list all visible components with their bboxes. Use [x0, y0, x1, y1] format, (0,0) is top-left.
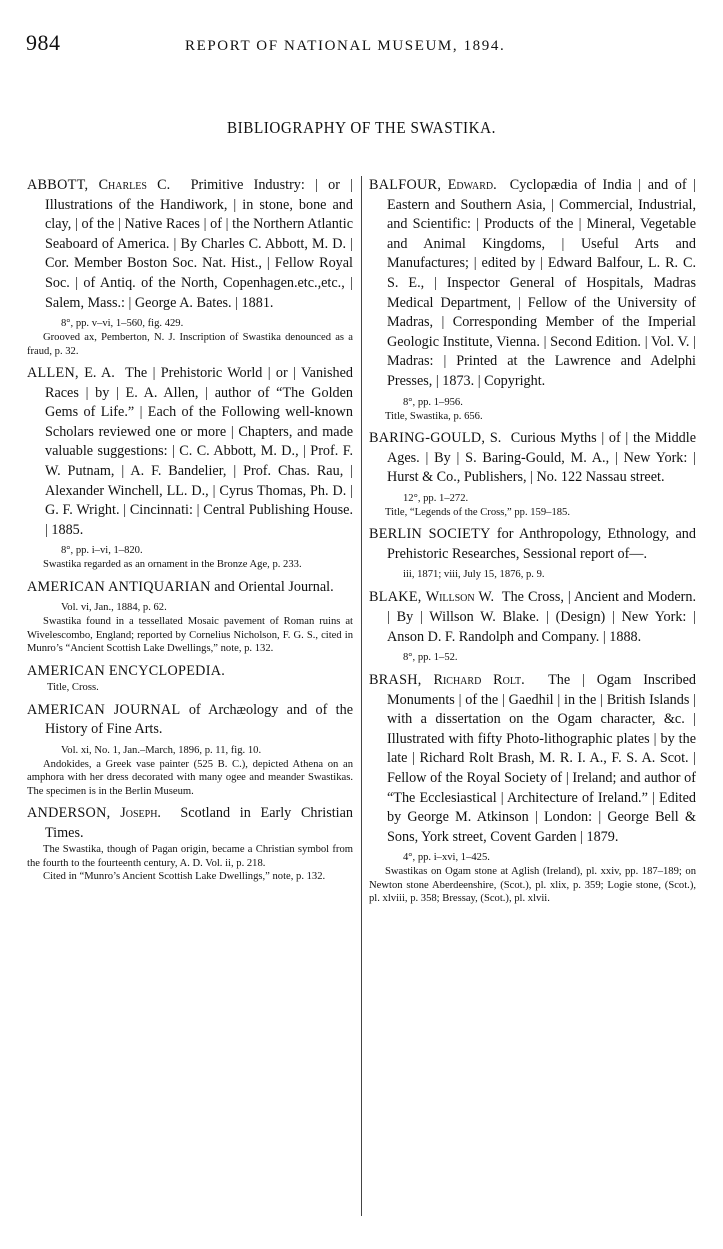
entry-heading: BERLIN SOCIETY for Anthropology, Ethnolo… — [369, 525, 696, 564]
entry-note: Title, Swastika, p. 656. — [369, 410, 696, 423]
left-column: ABBOTT, Charles C. Primitive Industry: |… — [27, 176, 353, 889]
entry-collation: 8°, pp. 1–956. — [369, 396, 696, 410]
entry-note: Swastika regarded as an ornament in the … — [27, 558, 353, 571]
entry-heading: ALLEN, E. A. The | Prehistoric World | o… — [27, 364, 353, 540]
entry-author: ALLEN, — [27, 365, 79, 381]
bibliography-entry: ANDERSON, Joseph. Scotland in Early Chri… — [27, 804, 353, 883]
entry-heading: ANDERSON, Joseph. Scotland in Early Chri… — [27, 804, 353, 843]
entry-author: BLAKE, — [369, 589, 422, 605]
bibliography-entry: BARING-GOULD, S. Curious Myths | of | th… — [369, 429, 696, 519]
entry-author-given: Edward. — [448, 177, 497, 193]
bibliography-entry: AMERICAN ENCYCLOPEDIA. Title, Cross. — [27, 662, 353, 695]
entry-heading: AMERICAN JOURNAL of Archæology and of th… — [27, 701, 353, 740]
entry-author: ABBOTT, — [27, 177, 88, 193]
entry-author: ANDERSON, — [27, 805, 111, 821]
entry-author-given: E. A. — [84, 365, 115, 381]
entry-collation: 12°, pp. 1–272. — [369, 492, 696, 506]
entry-collation: 8°, pp. v–vi, 1–560, fig. 429. — [27, 317, 353, 331]
bibliography-entry: AMERICAN ANTIQUARIAN and Oriental Journa… — [27, 578, 353, 656]
entry-heading: BLAKE, Willson W. The Cross, | Ancient a… — [369, 588, 696, 647]
entry-author-given: Richard Rolt. — [434, 672, 525, 688]
entry-collation: Vol. xi, No. 1, Jan.–March, 1896, p. 11,… — [27, 744, 353, 758]
entry-author-given: Joseph. — [120, 805, 161, 821]
entry-heading: AMERICAN ENCYCLOPEDIA. — [27, 662, 353, 682]
entry-author: BERLIN SOCIETY — [369, 526, 491, 542]
entry-note: Grooved ax, Pemberton, N. J. Inscription… — [27, 331, 353, 358]
entry-heading: ABBOTT, Charles C. Primitive Industry: |… — [27, 176, 353, 313]
entry-title: The | Prehistoric World | or | Vanished … — [45, 365, 353, 538]
column-divider — [361, 176, 362, 1216]
entry-note: Andokides, a Greek vase painter (525 B. … — [27, 758, 353, 798]
section-title: BIBLIOGRAPHY OF THE SWASTIKA. — [29, 118, 694, 138]
entry-title: Cyclopædia of India | and of | Eastern a… — [387, 177, 696, 389]
entry-note: Title, Cross. — [27, 681, 353, 694]
right-column: BALFOUR, Edward. Cyclopædia of India | a… — [369, 176, 696, 912]
entry-title: Primitive Industry: | or | Illustrations… — [45, 177, 353, 311]
bibliography-entry: BRASH, Richard Rolt. The | Ogam Inscribe… — [369, 671, 696, 906]
entry-author: BALFOUR, — [369, 177, 441, 193]
entry-collation: 4°, pp. i–xvi, 1–425. — [369, 851, 696, 865]
entry-collation: iii, 1871; viii, July 15, 1876, p. 9. — [369, 568, 696, 582]
entry-note: Title, “Legends of the Cross,” pp. 159–1… — [369, 506, 696, 519]
entry-note: The Swastika, though of Pagan origin, be… — [27, 843, 353, 870]
entry-heading: BARING-GOULD, S. Curious Myths | of | th… — [369, 429, 696, 488]
entry-collation: Vol. vi, Jan., 1884, p. 62. — [27, 601, 353, 615]
entry-collation: 8°, pp. i–vi, 1–820. — [27, 544, 353, 558]
entry-author: BARING-GOULD, — [369, 430, 485, 446]
entry-author: AMERICAN JOURNAL — [27, 702, 180, 718]
entry-heading: BALFOUR, Edward. Cyclopædia of India | a… — [369, 176, 696, 392]
entry-author: AMERICAN ANTIQUARIAN — [27, 579, 211, 595]
entry-heading: BRASH, Richard Rolt. The | Ogam Inscribe… — [369, 671, 696, 847]
bibliography-entry: ABBOTT, Charles C. Primitive Industry: |… — [27, 176, 353, 358]
bibliography-entry: BERLIN SOCIETY for Anthropology, Ethnolo… — [369, 525, 696, 582]
running-head: REPORT OF NATIONAL MUSEUM, 1894. — [185, 38, 505, 55]
bibliography-entry: BLAKE, Willson W. The Cross, | Ancient a… — [369, 588, 696, 665]
entry-author: BRASH, — [369, 672, 422, 688]
entry-heading: AMERICAN ANTIQUARIAN and Oriental Journa… — [27, 578, 353, 598]
entry-title: and Oriental Journal. — [214, 579, 333, 595]
bibliography-entry: AMERICAN JOURNAL of Archæology and of th… — [27, 701, 353, 798]
bibliography-entry: BALFOUR, Edward. Cyclopædia of India | a… — [369, 176, 696, 423]
entry-note: Swastikas on Ogam stone at Aglish (Irela… — [369, 865, 696, 905]
entry-note: Swastika found in a tessellated Mosaic p… — [27, 615, 353, 655]
page-number: 984 — [26, 30, 61, 56]
entry-author-given: Willson W. — [426, 589, 494, 605]
entry-author-given: Charles C. — [99, 177, 171, 193]
entry-collation: 8°, pp. 1–52. — [369, 651, 696, 665]
bibliography-entry: ALLEN, E. A. The | Prehistoric World | o… — [27, 364, 353, 572]
entry-title: The | Ogam Inscribed Monuments | of the … — [387, 672, 696, 845]
entry-note: Cited in “Munro’s Ancient Scottish Lake … — [27, 870, 353, 883]
entry-author: AMERICAN ENCYCLOPEDIA. — [27, 663, 225, 679]
entry-author-given: S. — [490, 430, 501, 446]
